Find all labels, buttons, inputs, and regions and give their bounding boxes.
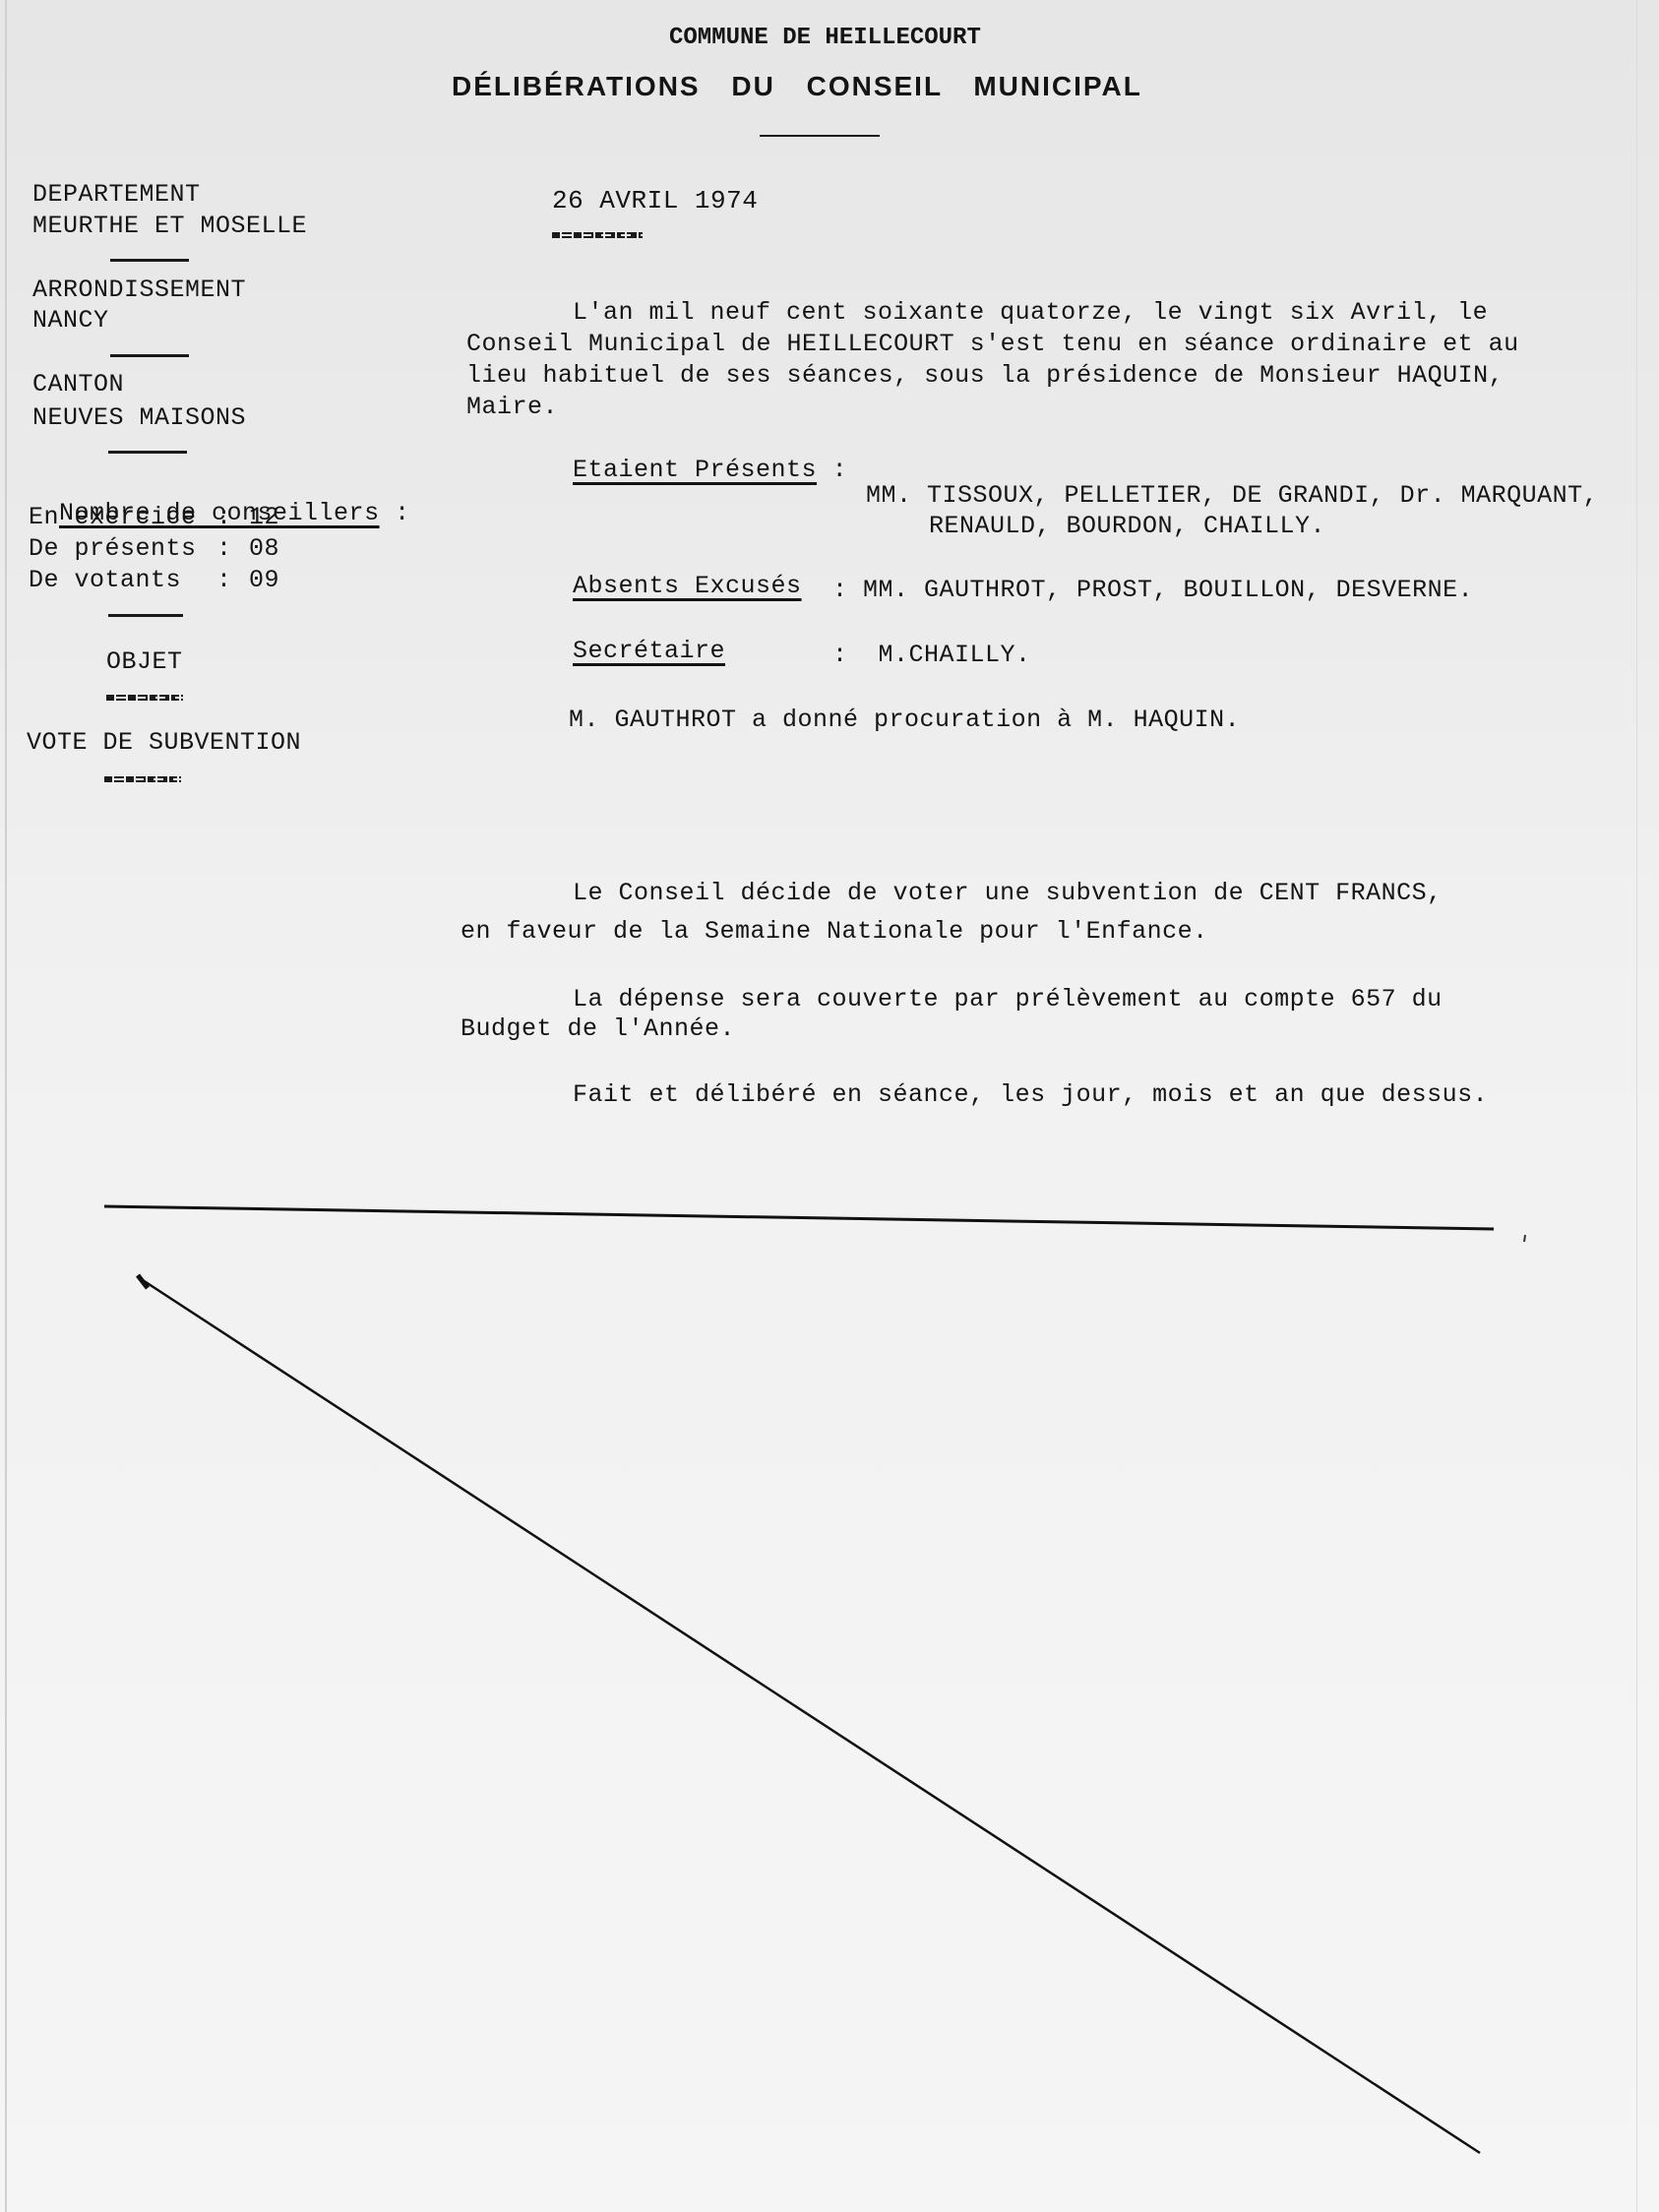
ink-mark — [1524, 1235, 1525, 1242]
closing-strokes — [0, 0, 1659, 2212]
horizontal-close-line — [104, 1206, 1494, 1229]
diagonal-cancel-line — [140, 1278, 1480, 2153]
